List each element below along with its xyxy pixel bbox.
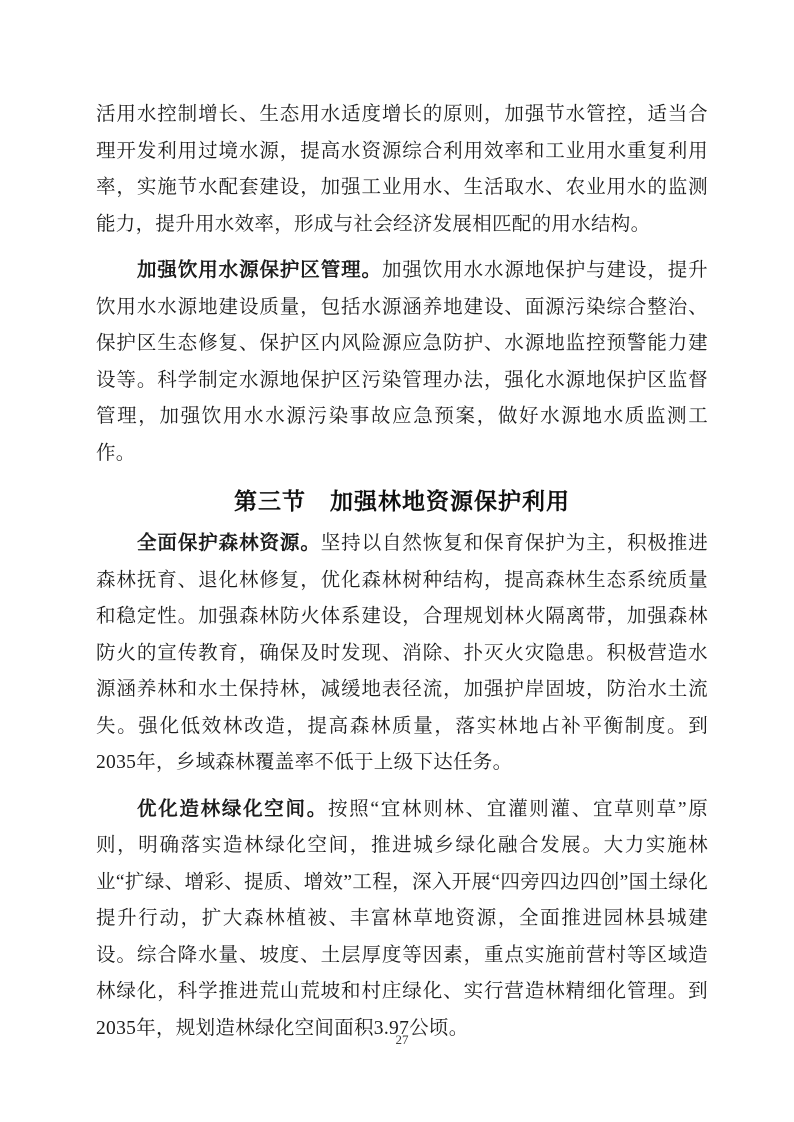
paragraph-lead: 优化造林绿化空间。 xyxy=(137,799,328,820)
page-number: 27 xyxy=(96,1032,708,1048)
section-heading: 第三节 加强林地资源保护利用 xyxy=(96,486,708,518)
page-content: 活用水控制增长、生态用水适度增长的原则，加强节水管控，适当合理开发利用过境水源，… xyxy=(96,97,708,1057)
paragraph-greening-space: 优化造林绿化空间。按照“宜林则林、宜灌则灌、宜草则草”原则，明确落实造林绿化空间… xyxy=(96,792,708,1048)
paragraph-water-use-continuation: 活用水控制增长、生态用水适度增长的原则，加强节水管控，适当合理开发利用过境水源，… xyxy=(96,97,708,243)
paragraph-lead: 全面保护森林资源。 xyxy=(137,533,321,554)
paragraph-text: 活用水控制增长、生态用水适度增长的原则，加强节水管控，适当合理开发利用过境水源，… xyxy=(96,104,708,235)
paragraph-text: 按照“宜林则林、宜灌则灌、宜草则草”原则，明确落实造林绿化空间，推进城乡绿化融合… xyxy=(96,799,708,1039)
paragraph-drinking-water-protection: 加强饮用水源保护区管理。加强饮用水水源地保护与建设，提升饮用水水源地建设质量，包… xyxy=(96,253,708,472)
paragraph-text: 坚持以自然恢复和保育保护为主，积极推进森林抚育、退化林修复，优化森林树种结构，提… xyxy=(96,533,708,773)
paragraph-text: 加强饮用水水源地保护与建设，提升饮用水水源地建设质量，包括水源涵养地建设、面源污… xyxy=(96,260,708,464)
document-page: 活用水控制增长、生态用水适度增长的原则，加强节水管控，适当合理开发利用过境水源，… xyxy=(0,0,794,1122)
paragraph-lead: 加强饮用水源保护区管理。 xyxy=(137,260,382,281)
paragraph-forest-protection: 全面保护森林资源。坚持以自然恢复和保育保护为主，积极推进森林抚育、退化林修复，优… xyxy=(96,526,708,782)
